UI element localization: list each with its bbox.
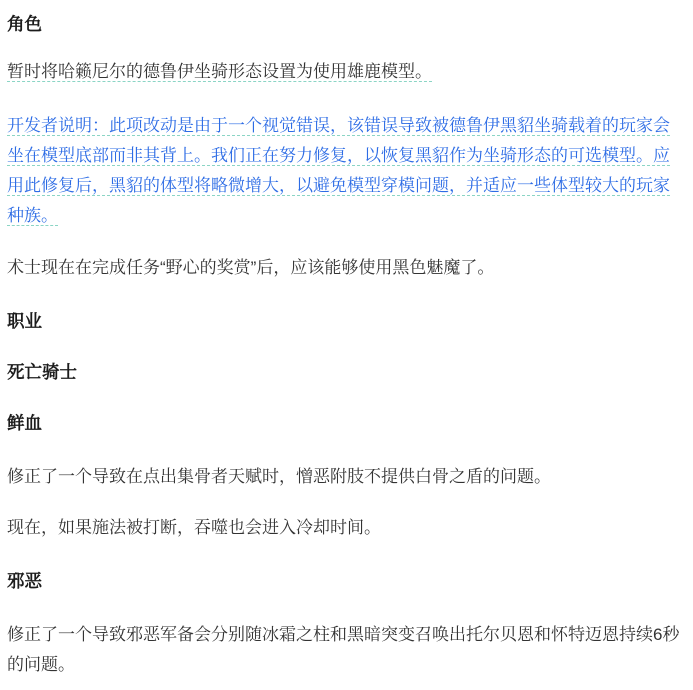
developer-note: 开发者说明：此项改动是由于一个视觉错误，该错误导致被德鲁伊黑貂坐骑载着的玩家会坐… bbox=[7, 111, 685, 231]
para-blood-boneshield-fix: 修正了一个导致在点出集骨者天赋时，憎恶附肢不提供白骨之盾的问题。 bbox=[7, 462, 685, 492]
heading-unholy: 邪恶 bbox=[7, 569, 685, 593]
heading-classes: 职业 bbox=[7, 309, 685, 333]
heading-characters: 角色 bbox=[7, 12, 685, 36]
patch-notes-page: 角色 暂时将哈籁尼尔的德鲁伊坐骑形态设置为使用雄鹿模型。 开发者说明：此项改动是… bbox=[0, 0, 693, 690]
heading-blood: 鲜血 bbox=[7, 411, 685, 435]
heading-death-knight: 死亡骑士 bbox=[7, 360, 685, 384]
para-warlock-sayaad: 术士现在在完成任务“野心的奖赏”后，应该能够使用黑色魅魔了。 bbox=[7, 253, 685, 283]
para-blood-consumption-cooldown: 现在，如果施法被打断，吞噬也会进入冷却时间。 bbox=[7, 513, 685, 543]
para-druid-mount-form: 暂时将哈籁尼尔的德鲁伊坐骑形态设置为使用雄鹿模型。 bbox=[7, 57, 685, 87]
para-unholy-armaments-fix: 修正了一个导致邪恶军备会分别随冰霜之柱和黑暗突变召唤出托尔贝恩和怀特迈恩持续6秒… bbox=[7, 620, 685, 680]
